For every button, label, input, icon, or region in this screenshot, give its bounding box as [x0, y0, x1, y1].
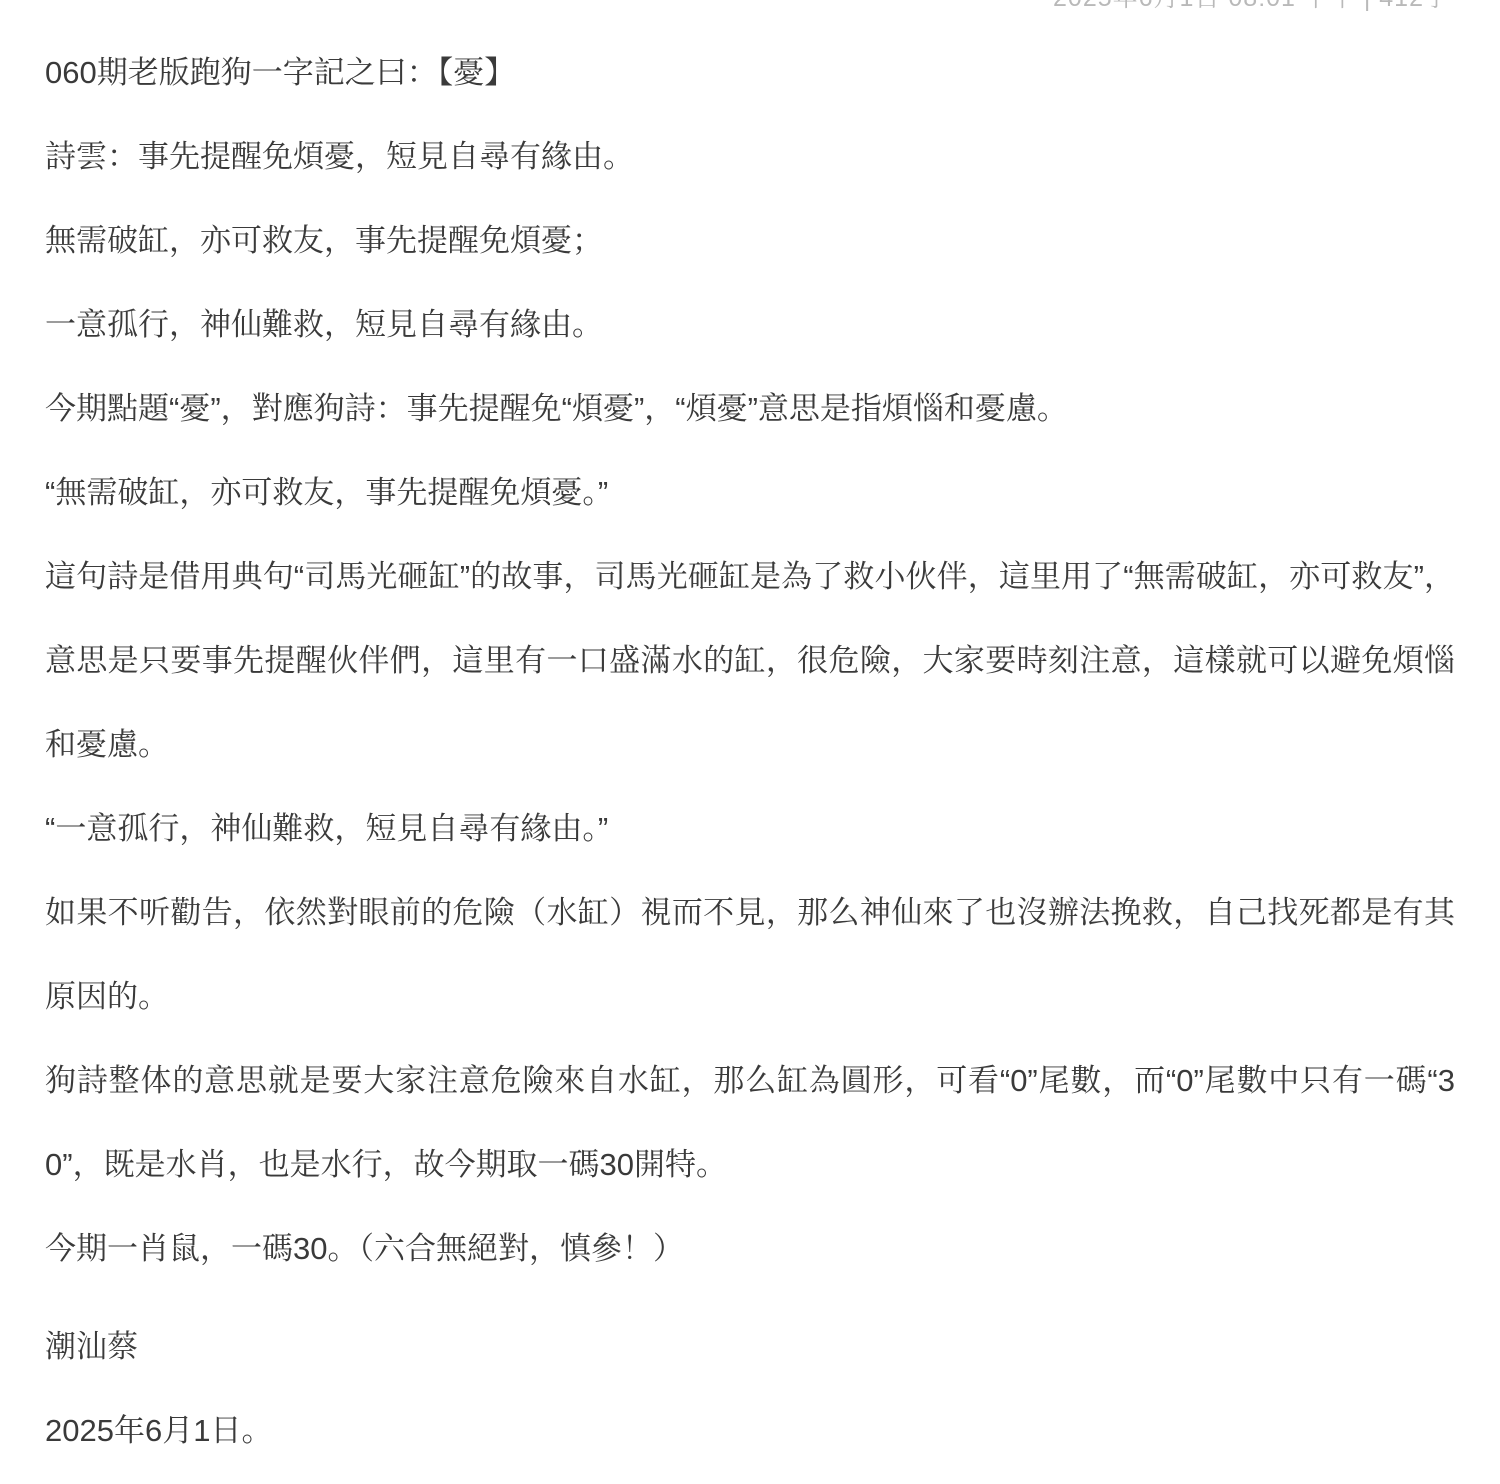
author-signature: 潮汕蔡: [45, 1305, 1455, 1389]
article-body: 060期老版跑狗一字記之曰：【憂】 詩雲：事先提醒免煩憂，短見自尋有緣由。 無需…: [0, 11, 1500, 1473]
post-timestamp: 2025年6月1日 08:01 下午 | 412字: [0, 0, 1500, 11]
quote-line-2: “一意孤行，神仙難救，短見自尋有緣由。”: [45, 787, 1455, 871]
quote-line-1: “無需破缸，亦可救友，事先提醒免煩憂。”: [45, 451, 1455, 535]
prediction-line: 今期一肖鼠，一碼30。（六合無絕對，慎參！）: [45, 1207, 1455, 1291]
poem-line: 詩雲：事先提醒免煩憂，短見自尋有緣由。: [45, 115, 1455, 199]
poem-couplet-2: 一意孤行，神仙難救，短見自尋有緣由。: [45, 283, 1455, 367]
analysis-story: 這句詩是借用典句“司馬光砸缸”的故事，司馬光砸缸是為了救小伙伴，這里用了“無需破…: [45, 535, 1455, 787]
poem-couplet-1: 無需破缸，亦可救友，事先提醒免煩憂；: [45, 199, 1455, 283]
article-page: 2025年6月1日 08:01 下午 | 412字 060期老版跑狗一字記之曰：…: [0, 0, 1500, 1470]
post-date: 2025年6月1日。: [45, 1389, 1455, 1473]
analysis-warning: 如果不听勸告，依然對眼前的危險（水缸）視而不見，那么神仙來了也沒辦法挽救，自己找…: [45, 871, 1455, 1039]
analysis-number: 狗詩整体的意思就是要大家注意危險來自水缸，那么缸為圓形，可看“0”尾數，而“0”…: [45, 1039, 1455, 1207]
article-title: 060期老版跑狗一字記之曰：【憂】: [45, 31, 1455, 115]
analysis-theme: 今期點題“憂”，對應狗詩：事先提醒免“煩憂”，“煩憂”意思是指煩惱和憂慮。: [45, 367, 1455, 451]
